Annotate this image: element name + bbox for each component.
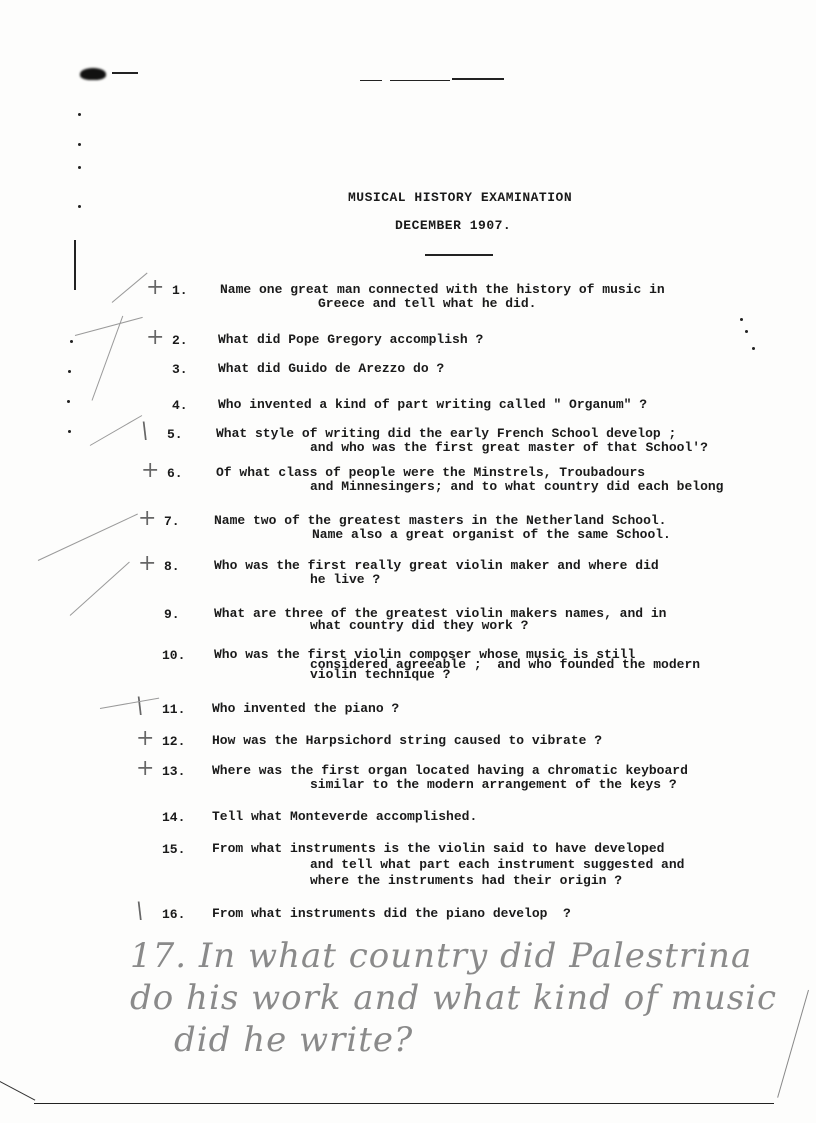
page-edge: [34, 1103, 774, 1104]
question-number: 7.: [164, 514, 180, 529]
grading-mark: +: [138, 506, 156, 531]
handwritten-line: do his work and what kind of music: [130, 977, 810, 1019]
question-number: 11.: [162, 702, 185, 717]
grading-mark: \: [136, 899, 143, 924]
grading-mark: +: [146, 275, 164, 300]
question-text: Who invented a kind of part writing call…: [218, 398, 647, 412]
handwritten-question-17: 17. In what country did Palestrina do hi…: [130, 935, 810, 1061]
grading-mark: +: [136, 756, 154, 781]
speck: [752, 347, 755, 350]
grading-mark: +: [141, 458, 159, 483]
question-number: 12.: [162, 734, 185, 749]
top-dash: [390, 80, 450, 81]
question-text: What did Guido de Arezzo do ?: [218, 362, 444, 376]
question-text-continued: similar to the modern arrangement of the…: [310, 778, 677, 792]
top-dash: [452, 78, 504, 80]
question-text: From what instruments did the piano deve…: [212, 907, 571, 921]
question-text-continued: and Minnesingers; and to what country di…: [310, 480, 723, 494]
binding-dot: [67, 400, 70, 403]
question-text-continued: Name also a great organist of the same S…: [312, 528, 671, 542]
question-text: Who invented the piano ?: [212, 702, 399, 716]
ink-smudge: [80, 68, 106, 80]
pencil-stroke: [100, 698, 159, 709]
handwritten-line: did he write?: [174, 1019, 810, 1061]
pencil-stroke: [90, 415, 142, 446]
question-number: 15.: [162, 842, 185, 857]
question-text: Who was the first really great violin ma…: [214, 559, 659, 573]
pencil-stroke: [75, 317, 143, 336]
question-number: 14.: [162, 810, 185, 825]
speck: [745, 330, 748, 333]
pencil-stroke: [112, 273, 148, 303]
binding-dot: [68, 430, 71, 433]
binding-dot: [78, 143, 81, 146]
question-text: Where was the first organ located having…: [212, 764, 688, 778]
binding-mark: [74, 240, 76, 290]
question-text-continued: and who was the first great master of th…: [310, 441, 708, 455]
question-number: 4.: [172, 398, 188, 413]
question-number: 10.: [162, 648, 185, 663]
grading-mark: +: [138, 551, 156, 576]
binding-dot: [70, 340, 73, 343]
binding-dot: [68, 370, 71, 373]
exam-date: DECEMBER 1907.: [395, 218, 595, 233]
question-number: 9.: [164, 607, 180, 622]
handwritten-line: 17. In what country did Palestrina: [130, 935, 810, 977]
binding-dot: [78, 166, 81, 169]
question-text: From what instruments is the violin said…: [212, 842, 664, 856]
exam-paper: MUSICAL HISTORY EXAMINATION DECEMBER 190…: [0, 0, 816, 1123]
question-text: What did Pope Gregory accomplish ?: [218, 333, 483, 347]
question-text-continued: violin technique ?: [310, 668, 450, 682]
grading-mark: +: [146, 325, 164, 350]
pencil-stroke: [38, 514, 138, 561]
binding-dot: [78, 113, 81, 116]
question-number: 8.: [164, 559, 180, 574]
top-dash: [360, 80, 382, 81]
grading-mark: +: [136, 726, 154, 751]
question-text-continued: what country did they work ?: [310, 619, 528, 633]
grading-mark: \: [141, 419, 148, 444]
question-text: Name two of the greatest masters in the …: [214, 514, 666, 528]
question-text-continued: Greece and tell what he did.: [318, 297, 536, 311]
question-number: 5.: [167, 427, 183, 442]
question-text-continued: where the instruments had their origin ?: [310, 874, 622, 888]
question-number: 1.: [172, 283, 188, 298]
title-underline: [425, 254, 493, 256]
question-text: Name one great man connected with the hi…: [220, 283, 665, 297]
speck: [740, 318, 743, 321]
question-text: How was the Harpsichord string caused to…: [212, 734, 602, 748]
question-text: What style of writing did the early Fren…: [216, 427, 676, 441]
question-number: 2.: [172, 333, 188, 348]
question-text-continued: he live ?: [310, 573, 380, 587]
binding-dot: [78, 205, 81, 208]
question-text-continued: and tell what part each instrument sugge…: [310, 858, 684, 872]
page-edge: [0, 1081, 35, 1101]
top-dash: [112, 72, 138, 74]
question-number: 13.: [162, 764, 185, 779]
pencil-stroke: [70, 562, 130, 616]
question-number: 6.: [167, 466, 183, 481]
exam-title: MUSICAL HISTORY EXAMINATION: [348, 190, 618, 205]
question-number: 16.: [162, 907, 185, 922]
grading-mark: \: [136, 694, 143, 719]
question-text: Of what class of people were the Minstre…: [216, 466, 645, 480]
question-text: Tell what Monteverde accomplished.: [212, 810, 477, 824]
question-number: 3.: [172, 362, 188, 377]
